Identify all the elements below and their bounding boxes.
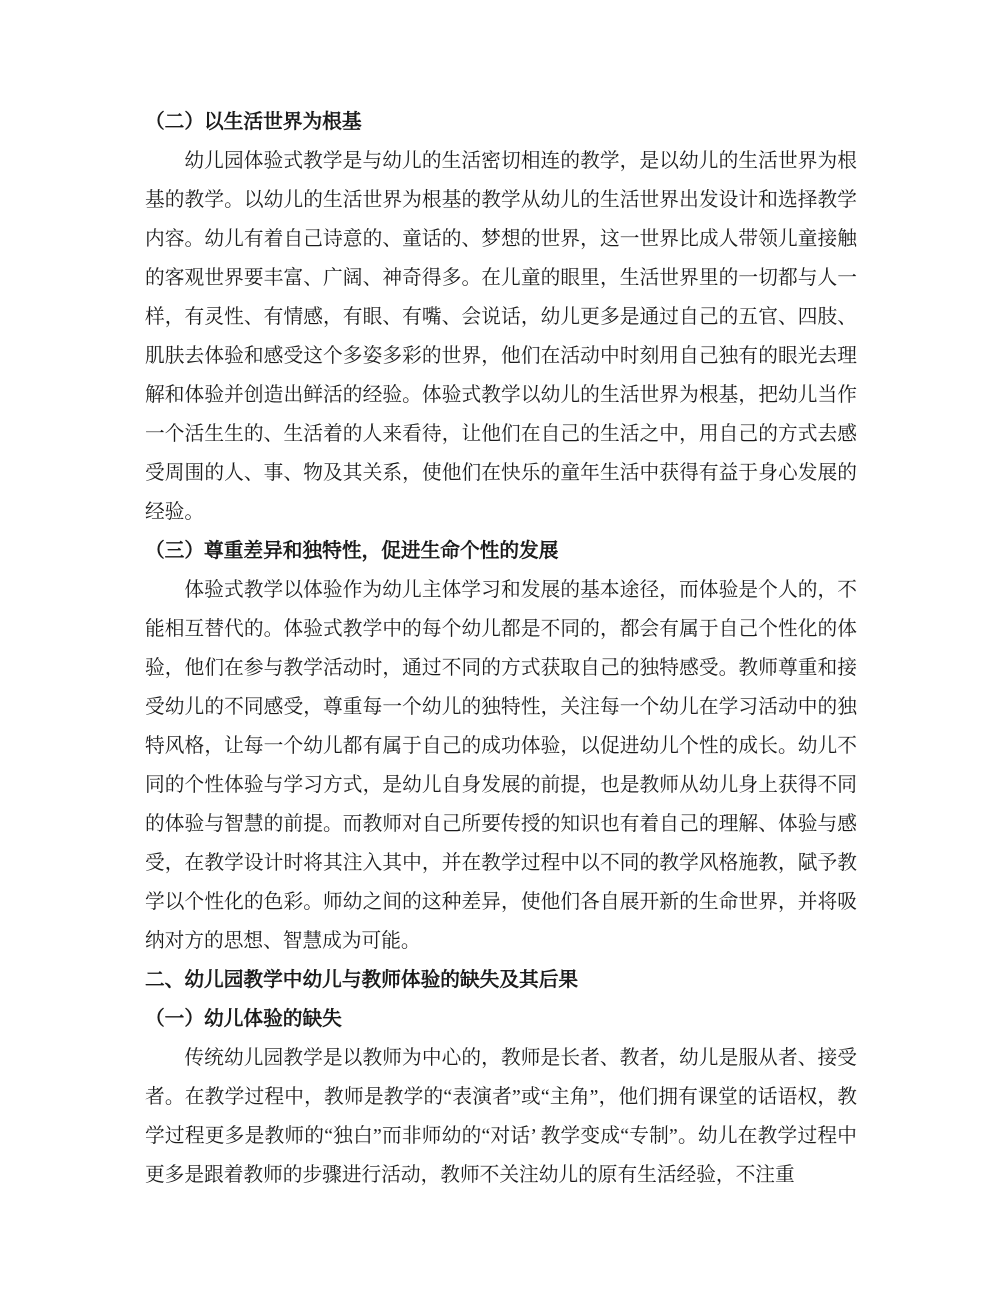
paragraph-respect-differences: 体验式教学以体验作为幼儿主体学习和发展的基本途径，而体验是个人的，不能相互替代的… [145,571,857,961]
section-heading-1-child-experience-absence: （一）幼儿体验的缺失 [145,1000,857,1039]
section-heading-2-life-world: （二）以生活世界为根基 [145,103,857,142]
paragraph-life-world-basis: 幼儿园体验式教学是与幼儿的生活密切相连的教学，是以幼儿的生活世界为根基的教学。以… [145,142,857,532]
paragraph-child-experience-absence: 传统幼儿园教学是以教师为中心的，教师是长者、教者，幼儿是服从者、接受者。在教学过… [145,1039,857,1195]
document-body: （二）以生活世界为根基 幼儿园体验式教学是与幼儿的生活密切相连的教学，是以幼儿的… [145,103,857,1195]
section-heading-3-respect-differences: （三）尊重差异和独特性，促进生命个性的发展 [145,532,857,571]
chapter-heading-2-experience-absence: 二、幼儿园教学中幼儿与教师体验的缺失及其后果 [145,961,857,1000]
document-page: （二）以生活世界为根基 幼儿园体验式教学是与幼儿的生活密切相连的教学，是以幼儿的… [0,0,1000,1294]
